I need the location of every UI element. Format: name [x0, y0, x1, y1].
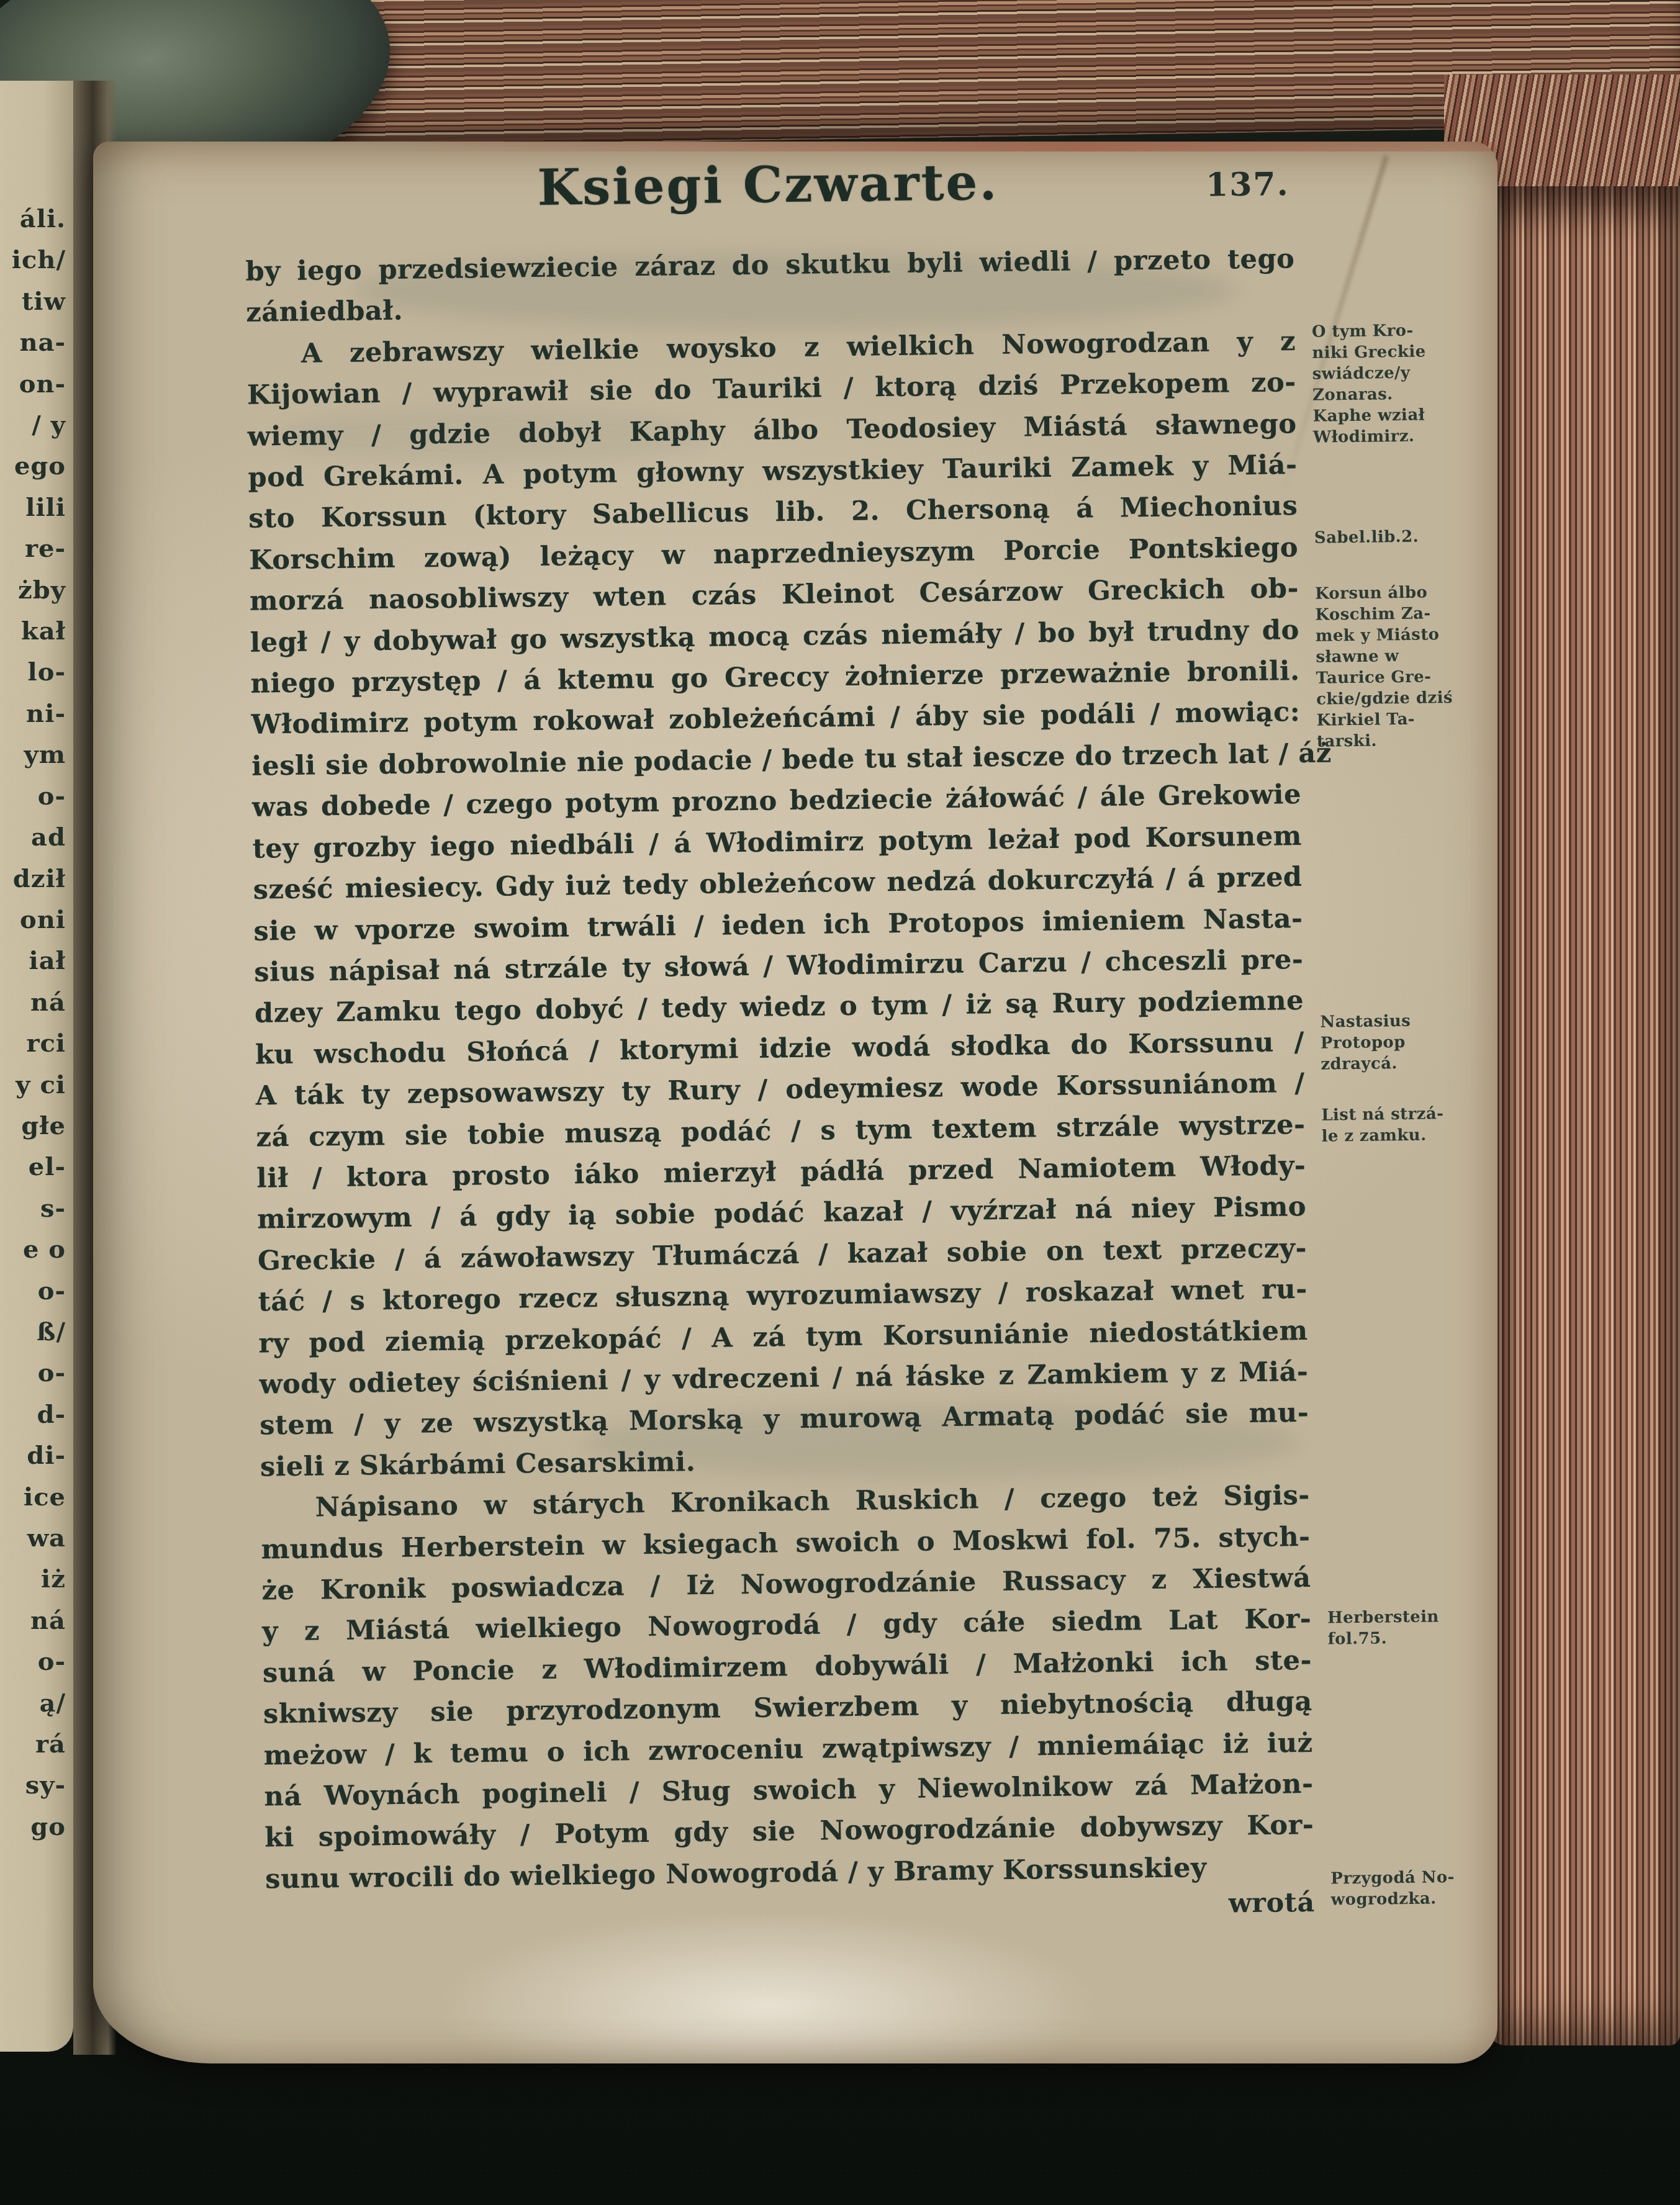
fragment-line: o-	[0, 1271, 66, 1312]
margin-note-line: Kaphe wział	[1312, 404, 1499, 427]
paragraph: A zebrawszy wielkie woysko z wielkich No…	[246, 321, 1310, 1488]
fragment-line: tiw	[0, 281, 66, 322]
fragment-line: e o	[0, 1229, 66, 1270]
margin-note-line: fol.75.	[1327, 1626, 1514, 1650]
margin-note: Przygodá No-wogrodzka.	[1330, 1866, 1517, 1911]
margin-note: O tym Kro-niki Greckieswiádcze/yZonaras.…	[1312, 319, 1499, 448]
body-text: by iego przedsiewziecie záraz do skutku …	[245, 238, 1314, 1900]
margin-note-line: Kirkiel Ta-	[1316, 708, 1502, 731]
margin-note-line: Przygodá No-	[1330, 1866, 1517, 1890]
book-page: Ksiegi Czwarte. 137. by iego przedsiewzi…	[93, 142, 1497, 2063]
fragment-line: wa	[0, 1518, 66, 1559]
margin-note: Herbersteinfol.75.	[1327, 1605, 1514, 1650]
margin-note-line: Włodimirz.	[1313, 425, 1499, 448]
fore-edge-pages	[1488, 186, 1680, 2045]
margin-note-line: niki Greckie	[1312, 340, 1498, 364]
fragment-line: ich/	[0, 240, 66, 281]
margin-note-line: zdraycá.	[1321, 1052, 1507, 1075]
fragment-line: el-	[0, 1147, 66, 1188]
margin-note: List ná strzá-le z zamku.	[1321, 1102, 1508, 1147]
margin-note-line: mek y Miásto	[1316, 623, 1502, 647]
margin-note-line: Zonaras.	[1312, 382, 1499, 406]
fragment-line: kał	[0, 611, 66, 652]
margin-note-line: Taurice Gre-	[1316, 665, 1502, 689]
page-surface: Ksiegi Czwarte. 137. by iego przedsiewzi…	[81, 133, 1509, 2072]
margin-note-line: wogrodzka.	[1331, 1887, 1517, 1911]
margin-note-line: Protopop	[1321, 1030, 1507, 1054]
fragment-line: rci	[0, 1023, 66, 1064]
facing-page-sliver: áli.ich/tiwna-on-/ yegolilire-żbykałlo-n…	[0, 81, 73, 2052]
running-title: Ksiegi Czwarte.	[240, 149, 1296, 220]
margin-note-line: Sabel.lib.2.	[1314, 525, 1501, 549]
fragment-line: na-	[0, 322, 66, 363]
book-photo: áli.ich/tiwna-on-/ yegolilire-żbykałlo-n…	[0, 0, 1680, 2205]
fragment-line: on-	[0, 364, 66, 405]
fragment-line: rá	[0, 1724, 66, 1765]
margin-note-line: Herberstein	[1327, 1605, 1514, 1629]
fragment-line: áli.	[0, 199, 66, 240]
fragment-line: żby	[0, 570, 66, 611]
margin-note-line: List ná strzá-	[1321, 1102, 1507, 1126]
fragment-line: ad	[0, 817, 66, 858]
fragment-line: ą/	[0, 1683, 66, 1724]
fragment-line: ego	[0, 446, 66, 487]
margin-note-line: Koschim Za-	[1315, 602, 1501, 626]
paragraph: Nápisano w stárych Kronikach Ruskich / c…	[261, 1475, 1315, 1900]
fragment-line: ym	[0, 734, 66, 775]
fragment-line: iż	[0, 1559, 66, 1600]
fragment-line: di-	[0, 1435, 66, 1476]
fragment-line: / y	[0, 405, 66, 446]
margin-note-line: swiádcze/y	[1312, 361, 1499, 385]
margin-note-line: O tym Kro-	[1312, 319, 1498, 343]
margin-note-line: Nastasius	[1320, 1009, 1506, 1033]
fragment-line: lo-	[0, 652, 66, 693]
margin-note: Sabel.lib.2.	[1314, 525, 1501, 549]
facing-page-text-fragments: áli.ich/tiwna-on-/ yegolilire-żbykałlo-n…	[0, 199, 66, 1847]
fragment-line: o-	[0, 776, 66, 817]
fragment-line: d-	[0, 1394, 66, 1435]
fragment-line: go	[0, 1806, 66, 1847]
fragment-line: ná	[0, 1600, 66, 1641]
fragment-line: sy-	[0, 1765, 66, 1806]
margin-note-line: Korsun álbo	[1315, 581, 1501, 605]
fragment-line: dził	[0, 859, 66, 900]
paragraph: by iego przedsiewziecie záraz do skutku …	[245, 238, 1295, 333]
margin-note: Korsun álboKoschim Za-mek y Miástosławne…	[1315, 581, 1503, 752]
fragment-line: y ci	[0, 1065, 66, 1106]
margin-note-line: le z zamku.	[1322, 1124, 1508, 1147]
margin-note-line: tarski.	[1317, 729, 1503, 752]
margin-note-line: ckie/gdzie dziś	[1316, 687, 1502, 710]
fragment-line: ß/	[0, 1312, 66, 1353]
margin-notes: O tym Kro-niki Greckieswiádcze/yZonaras.…	[1309, 133, 1502, 135]
fragment-line: oni	[0, 900, 66, 940]
fragment-line: ice	[0, 1477, 66, 1518]
fragment-line: lili	[0, 487, 66, 528]
fragment-line: ná	[0, 982, 66, 1023]
fragment-line: głe	[0, 1106, 66, 1147]
fragment-line: re-	[0, 528, 66, 569]
fragment-line: s-	[0, 1188, 66, 1229]
fragment-line: iał	[0, 940, 66, 981]
margin-note-line: sławne w	[1316, 644, 1502, 668]
fragment-line: ni-	[0, 693, 66, 734]
page-number: 137.	[1206, 164, 1393, 204]
fragment-line: o-	[0, 1641, 66, 1682]
margin-note: NastasiusProtopopzdraycá.	[1320, 1009, 1507, 1075]
fragment-line: o-	[0, 1353, 66, 1394]
